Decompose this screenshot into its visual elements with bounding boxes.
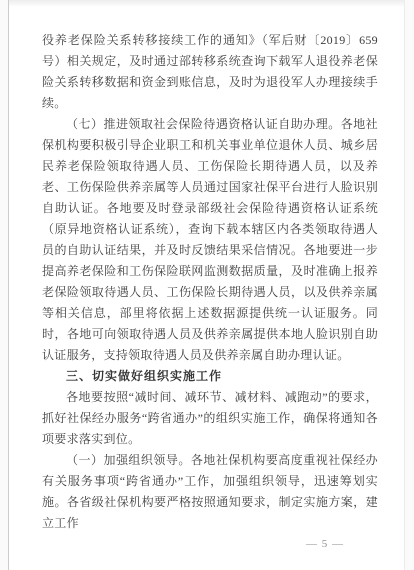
section-heading-three: 三、切实做好组织实施工作 [42,366,378,387]
paragraph-requirements: 各地要按照“减时间、减环节、减材料、减跑动”的要求，抓好社保经办服务“跨省通办”… [42,387,378,450]
scanned-document-view: 役养老保险关系转移接续工作的通知》（军后财〔2019〕659 号）相关规定，及时… [0,0,414,570]
document-body: 役养老保险关系转移接续工作的通知》（军后财〔2019〕659 号）相关规定，及时… [9,0,404,553]
page-number: — 5 — [42,535,378,553]
document-page: 役养老保险关系转移接续工作的通知》（军后财〔2019〕659 号）相关规定，及时… [8,0,405,570]
paragraph-continuation: 役养老保险关系转移接续工作的通知》（军后财〔2019〕659 号）相关规定，及时… [42,30,378,114]
paragraph-item-one: （一）加强组织领导。各地社保机构要高度重视社保经办有关服务事项“跨省通办”工作，… [42,450,378,534]
paragraph-item-seven: （七）推进领取社会保险待遇资格认证自助办理。各地社保机构要积极引导企业职工和机关… [42,114,378,366]
